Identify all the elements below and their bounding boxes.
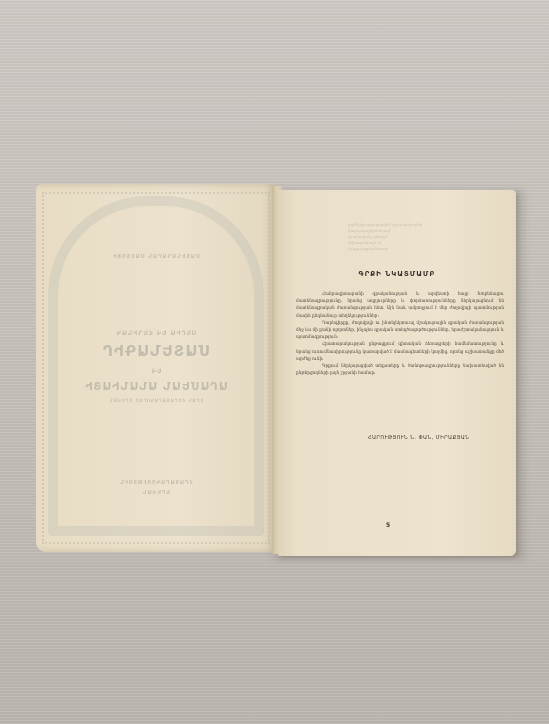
paragraph: Հանրագիտարանի գրականության և արվեստի հայ… <box>296 290 504 319</box>
body-text: Հանրագիտարանի գրականության և արվեստի հայ… <box>296 290 504 376</box>
open-book: ՄԱՏԵՆԱԴԱՐԱՆ ՄԱՇՏՈՑԻ ՍԵՐԻԱ ԵՎ ՀԵՂԻՆԱԿ ՄԱՏ… <box>36 180 516 560</box>
paragraph: Գրքում ներկայացված տեքստերը և ծանոթագրու… <box>296 362 504 376</box>
bleed-title-2: ԱՐԱՄԵԱՆ ԱՆԱՆԻԱՅԻ <box>36 380 276 393</box>
right-page: ղեկավարները ներկայացուցիչները կազմակերպո… <box>278 190 516 556</box>
bleed-top-line: ՄԱՏԵՆԱԴԱՐԱՆ ՄԱՇՏՈՑԻ <box>36 254 276 260</box>
bleed-caption: ԵՐԱՆ ՀԵՐԱՏԱՐԱԿՈՒՄԸ ԵՐԵՎԱՆ <box>36 398 276 403</box>
paragraph: Դարեգիրքը, ժողովրդի ու ինտելեկտուալ մշակ… <box>296 319 504 341</box>
bleed-title: ՄԱՏԵՆԱԳԻՐ <box>36 342 276 360</box>
bleed-connector: ԵՎ <box>36 368 276 375</box>
bleed-subtitle: ՍԵՐԻԱ ԵՎ ՀԵՂԻՆԱԿ <box>36 330 276 337</box>
paragraph: Հրատարակության ընթացքում գիտական ձեռագրե… <box>296 340 504 362</box>
bleed-line: մատենագրություն <box>348 246 423 252</box>
bleed-footer-1: ՀՐԱՏԱՐԱԿՉՈՒԹՅՈՒՆ <box>36 480 276 486</box>
page-number: 5 <box>386 522 390 529</box>
bleed-footer-2: ԵՐԵՎԱՆ <box>36 490 276 496</box>
bleed-through-text: ղեկավարները ներկայացուցիչները կազմակերպո… <box>348 222 423 252</box>
author-signature: ՀԱՐՈՒԹՅՈՒՆ Ն. ՓԱՆ, ՄԻՐԱՔՅԱՆ <box>368 435 469 441</box>
left-page: ՄԱՏԵՆԱԴԱՐԱՆ ՄԱՇՏՈՑԻ ՍԵՐԻԱ ԵՎ ՀԵՂԻՆԱԿ ՄԱՏ… <box>36 184 276 552</box>
page-heading: ԳՐՔԻ ՆԿԱՏՄԱՄԲ <box>278 270 516 278</box>
